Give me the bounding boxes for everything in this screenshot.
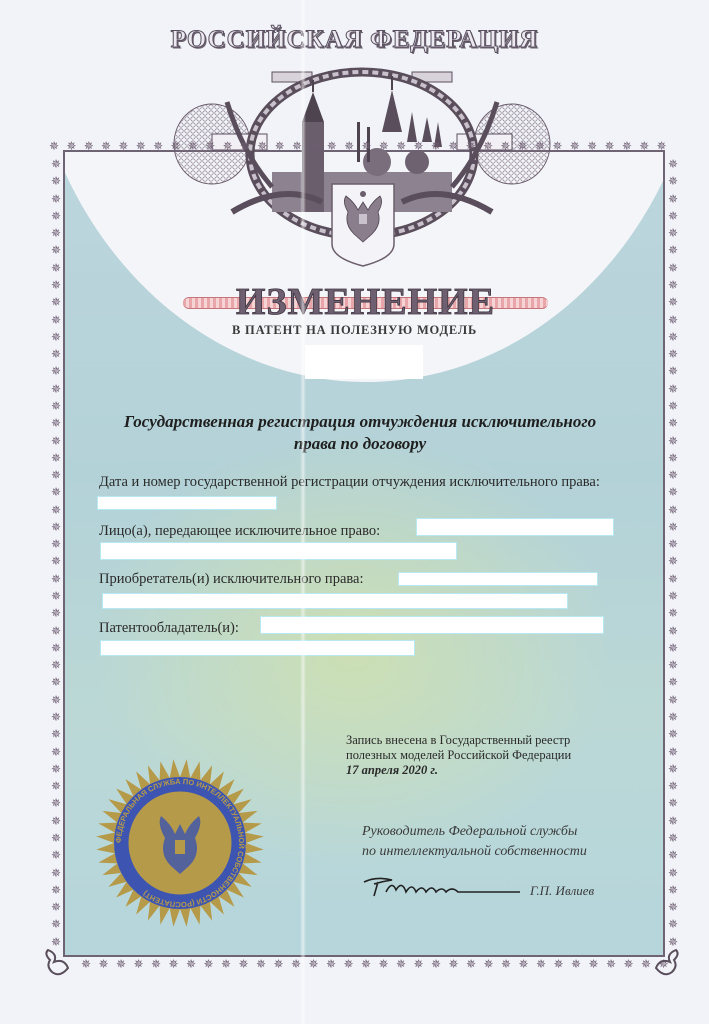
star-ornament-icon: ✵ — [667, 365, 679, 377]
star-ornament-icon: ✵ — [50, 296, 62, 308]
star-ornament-icon: ✵ — [50, 711, 62, 723]
registry-note: Запись внесена в Государственный реестр … — [346, 733, 571, 778]
border-stars-right: ✵✵✵✵✵✵✵✵✵✵✵✵✵✵✵✵✵✵✵✵✵✵✵✵✵✵✵✵✵✵✵✵✵✵✵✵✵✵✵✵… — [667, 158, 681, 948]
star-ornament-icon: ✵ — [168, 958, 180, 970]
star-ornament-icon: ✵ — [50, 521, 62, 533]
star-ornament-icon: ✵ — [170, 140, 182, 152]
star-ornament-icon: ✵ — [360, 140, 372, 152]
star-ornament-icon: ✵ — [465, 140, 477, 152]
field-value-transferor — [416, 518, 614, 536]
star-ornament-icon: ✵ — [50, 279, 62, 291]
star-ornament-icon: ✵ — [667, 158, 679, 170]
star-ornament-icon: ✵ — [50, 158, 62, 170]
title-block: ИЗМЕНЕНИЕ — [183, 283, 548, 319]
star-ornament-icon: ✵ — [667, 417, 679, 429]
star-ornament-icon: ✵ — [187, 140, 199, 152]
star-ornament-icon: ✵ — [50, 348, 62, 360]
kremlin-wreath-emblem-icon — [172, 62, 552, 268]
star-ornament-icon: ✵ — [667, 521, 679, 533]
corner-ornament-icon — [44, 948, 72, 978]
star-ornament-icon: ✵ — [273, 958, 285, 970]
star-ornament-icon: ✵ — [499, 140, 511, 152]
star-ornament-icon: ✵ — [100, 140, 112, 152]
star-ornament-icon: ✵ — [535, 958, 547, 970]
star-ornament-icon: ✵ — [667, 175, 679, 187]
star-ornament-icon: ✵ — [135, 140, 147, 152]
star-ornament-icon: ✵ — [50, 573, 62, 585]
star-ornament-icon: ✵ — [667, 728, 679, 740]
star-ornament-icon: ✵ — [667, 193, 679, 205]
star-ornament-icon: ✵ — [413, 140, 425, 152]
document-subtitle: В ПАТЕНТ НА ПОЛЕЗНУЮ МОДЕЛЬ — [0, 323, 709, 338]
star-ornament-icon: ✵ — [308, 958, 320, 970]
star-ornament-icon: ✵ — [308, 140, 320, 152]
signatory-title: Руководитель Федеральной службы по интел… — [362, 822, 587, 862]
star-ornament-icon: ✵ — [413, 958, 425, 970]
star-ornament-icon: ✵ — [50, 244, 62, 256]
star-ornament-icon: ✵ — [50, 936, 62, 948]
star-ornament-icon: ✵ — [50, 435, 62, 447]
star-ornament-icon: ✵ — [517, 140, 529, 152]
star-ornament-icon: ✵ — [238, 958, 250, 970]
star-ornament-icon: ✵ — [667, 694, 679, 706]
star-ornament-icon: ✵ — [98, 958, 110, 970]
star-ornament-icon: ✵ — [667, 262, 679, 274]
star-ornament-icon: ✵ — [395, 140, 407, 152]
star-ornament-icon: ✵ — [50, 193, 62, 205]
star-ornament-icon: ✵ — [447, 140, 459, 152]
signer-name: Г.П. Ивлиев — [530, 883, 594, 899]
gold-seal-icon: ФЕДЕРАЛЬНАЯ СЛУЖБА ПО ИНТЕЛЛЕКТУАЛЬНОЙ С… — [95, 758, 265, 928]
star-ornament-icon: ✵ — [667, 296, 679, 308]
star-ornament-icon: ✵ — [667, 469, 679, 481]
star-ornament-icon: ✵ — [667, 832, 679, 844]
star-ornament-icon: ✵ — [482, 140, 494, 152]
field-value-patent-holder-line2 — [100, 640, 415, 656]
star-ornament-icon: ✵ — [667, 918, 679, 930]
star-ornament-icon: ✵ — [667, 279, 679, 291]
star-ornament-icon: ✵ — [50, 607, 62, 619]
country-title: РОССИЙСКАЯ ФЕДЕРАЦИЯ — [0, 26, 709, 54]
star-ornament-icon: ✵ — [667, 676, 679, 688]
star-ornament-icon: ✵ — [50, 383, 62, 395]
star-ornament-icon: ✵ — [640, 958, 652, 970]
star-ornament-icon: ✵ — [518, 958, 530, 970]
signatory-line1: Руководитель Федеральной службы — [362, 824, 577, 839]
star-ornament-icon: ✵ — [50, 728, 62, 740]
star-ornament-icon: ✵ — [50, 642, 62, 654]
star-ornament-icon: ✵ — [553, 958, 565, 970]
star-ornament-icon: ✵ — [623, 958, 635, 970]
star-ornament-icon: ✵ — [50, 555, 62, 567]
star-ornament-icon: ✵ — [50, 400, 62, 412]
star-ornament-icon: ✵ — [50, 365, 62, 377]
star-ornament-icon: ✵ — [667, 435, 679, 447]
star-ornament-icon: ✵ — [50, 815, 62, 827]
star-ornament-icon: ✵ — [50, 538, 62, 550]
star-ornament-icon: ✵ — [667, 244, 679, 256]
star-ornament-icon: ✵ — [117, 140, 129, 152]
registry-note-line2: полезных моделей Российской Федерации — [346, 748, 571, 762]
star-ornament-icon: ✵ — [667, 711, 679, 723]
star-ornament-icon: ✵ — [667, 504, 679, 516]
star-ornament-icon: ✵ — [667, 659, 679, 671]
corner-ornament-icon — [652, 948, 680, 978]
star-ornament-icon: ✵ — [534, 140, 546, 152]
star-ornament-icon: ✵ — [667, 383, 679, 395]
star-ornament-icon: ✵ — [50, 694, 62, 706]
star-ornament-icon: ✵ — [604, 140, 616, 152]
star-ornament-icon: ✵ — [667, 884, 679, 896]
star-ornament-icon: ✵ — [378, 140, 390, 152]
star-ornament-icon: ✵ — [667, 901, 679, 913]
star-ornament-icon: ✵ — [239, 140, 251, 152]
star-ornament-icon: ✵ — [667, 746, 679, 758]
star-ornament-icon: ✵ — [667, 607, 679, 619]
star-ornament-icon: ✵ — [65, 140, 77, 152]
star-ornament-icon: ✵ — [50, 849, 62, 861]
star-ornament-icon: ✵ — [465, 958, 477, 970]
star-ornament-icon: ✵ — [667, 936, 679, 948]
star-ornament-icon: ✵ — [343, 140, 355, 152]
star-ornament-icon: ✵ — [150, 958, 162, 970]
handwritten-signature-icon — [362, 874, 522, 900]
star-ornament-icon: ✵ — [50, 262, 62, 274]
star-ornament-icon: ✵ — [204, 140, 216, 152]
star-ornament-icon: ✵ — [133, 958, 145, 970]
certificate-page: РОССИЙСКАЯ ФЕДЕРАЦИЯ — [0, 0, 709, 1024]
star-ornament-icon: ✵ — [667, 348, 679, 360]
star-ornament-icon: ✵ — [50, 486, 62, 498]
star-ornament-icon: ✵ — [667, 642, 679, 654]
star-ornament-icon: ✵ — [50, 797, 62, 809]
border-stars-top: ✵✵✵✵✵✵✵✵✵✵✵✵✵✵✵✵✵✵✵✵✵✵✵✵✵✵✵✵✵✵✵✵✵✵✵✵ — [48, 140, 668, 154]
star-ornament-icon: ✵ — [256, 140, 268, 152]
field-value-acquirer-line2 — [102, 593, 568, 609]
registry-date: 17 апреля 2020 г. — [346, 763, 571, 778]
star-ornament-icon: ✵ — [50, 452, 62, 464]
patent-number-redacted — [305, 345, 423, 379]
field-label-acquirer: Приобретатель(и) исключительного права: — [99, 571, 364, 588]
star-ornament-icon: ✵ — [667, 625, 679, 637]
star-ornament-icon: ✵ — [430, 958, 442, 970]
document-title: ИЗМЕНЕНИЕ — [183, 283, 548, 321]
star-ornament-icon: ✵ — [255, 958, 267, 970]
star-ornament-icon: ✵ — [50, 884, 62, 896]
star-ornament-icon: ✵ — [551, 140, 563, 152]
star-ornament-icon: ✵ — [343, 958, 355, 970]
star-ornament-icon: ✵ — [360, 958, 372, 970]
star-ornament-icon: ✵ — [50, 175, 62, 187]
border-stars-bottom: ✵✵✵✵✵✵✵✵✵✵✵✵✵✵✵✵✵✵✵✵✵✵✵✵✵✵✵✵✵✵✵✵✵✵ — [80, 958, 670, 972]
field-label-patent-holder: Патентообладатель(и): — [99, 620, 239, 637]
star-ornament-icon: ✵ — [203, 958, 215, 970]
star-ornament-icon: ✵ — [667, 797, 679, 809]
star-ornament-icon: ✵ — [290, 958, 302, 970]
star-ornament-icon: ✵ — [667, 573, 679, 585]
star-ornament-icon: ✵ — [50, 832, 62, 844]
star-ornament-icon: ✵ — [50, 746, 62, 758]
star-ornament-icon: ✵ — [325, 958, 337, 970]
star-ornament-icon: ✵ — [80, 958, 92, 970]
star-ornament-icon: ✵ — [50, 227, 62, 239]
star-ornament-icon: ✵ — [50, 469, 62, 481]
star-ornament-icon: ✵ — [667, 210, 679, 222]
star-ornament-icon: ✵ — [483, 958, 495, 970]
star-ornament-icon: ✵ — [667, 815, 679, 827]
star-ornament-icon: ✵ — [605, 958, 617, 970]
star-ornament-icon: ✵ — [220, 958, 232, 970]
star-ornament-icon: ✵ — [50, 676, 62, 688]
star-ornament-icon: ✵ — [50, 590, 62, 602]
star-ornament-icon: ✵ — [378, 958, 390, 970]
star-ornament-icon: ✵ — [222, 140, 234, 152]
star-ornament-icon: ✵ — [656, 140, 668, 152]
star-ornament-icon: ✵ — [50, 901, 62, 913]
star-ornament-icon: ✵ — [667, 227, 679, 239]
star-ornament-icon: ✵ — [667, 538, 679, 550]
star-ornament-icon: ✵ — [586, 140, 598, 152]
star-ornament-icon: ✵ — [83, 140, 95, 152]
star-ornament-icon: ✵ — [326, 140, 338, 152]
star-ornament-icon: ✵ — [50, 504, 62, 516]
field-label-registration-date-number: Дата и номер государственной регистрации… — [99, 474, 600, 491]
star-ornament-icon: ✵ — [152, 140, 164, 152]
section-heading-line2: права по договору — [294, 434, 426, 453]
section-heading: Государственная регистрация отчуждения и… — [80, 411, 640, 455]
star-ornament-icon: ✵ — [667, 763, 679, 775]
star-ornament-icon: ✵ — [50, 417, 62, 429]
star-ornament-icon: ✵ — [667, 849, 679, 861]
star-ornament-icon: ✵ — [667, 867, 679, 879]
border-stars-left: ✵✵✵✵✵✵✵✵✵✵✵✵✵✵✵✵✵✵✵✵✵✵✵✵✵✵✵✵✵✵✵✵✵✵✵✵✵✵✵✵… — [50, 158, 64, 948]
field-value-patent-holder — [260, 616, 604, 634]
section-heading-line1: Государственная регистрация отчуждения и… — [124, 412, 596, 431]
field-value-registration-date-number — [97, 496, 277, 510]
star-ornament-icon: ✵ — [588, 958, 600, 970]
star-ornament-icon: ✵ — [570, 958, 582, 970]
star-ornament-icon: ✵ — [50, 210, 62, 222]
star-ornament-icon: ✵ — [395, 958, 407, 970]
star-ornament-icon: ✵ — [48, 140, 60, 152]
star-ornament-icon: ✵ — [430, 140, 442, 152]
star-ornament-icon: ✵ — [667, 486, 679, 498]
star-ornament-icon: ✵ — [185, 958, 197, 970]
star-ornament-icon: ✵ — [115, 958, 127, 970]
star-ornament-icon: ✵ — [621, 140, 633, 152]
star-ornament-icon: ✵ — [50, 780, 62, 792]
star-ornament-icon: ✵ — [291, 140, 303, 152]
field-label-transferor: Лицо(а), передающее исключительное право… — [99, 523, 380, 540]
star-ornament-icon: ✵ — [667, 555, 679, 567]
star-ornament-icon: ✵ — [448, 958, 460, 970]
star-ornament-icon: ✵ — [50, 659, 62, 671]
star-ornament-icon: ✵ — [274, 140, 286, 152]
star-ornament-icon: ✵ — [500, 958, 512, 970]
star-ornament-icon: ✵ — [569, 140, 581, 152]
signatory-line2: по интеллектуальной собственности — [362, 844, 587, 859]
field-value-acquirer — [398, 572, 598, 586]
registry-note-line1: Запись внесена в Государственный реестр — [346, 733, 570, 747]
star-ornament-icon: ✵ — [50, 867, 62, 879]
star-ornament-icon: ✵ — [667, 400, 679, 412]
field-value-transferor-line2 — [100, 542, 457, 560]
star-ornament-icon: ✵ — [638, 140, 650, 152]
star-ornament-icon: ✵ — [667, 590, 679, 602]
star-ornament-icon: ✵ — [50, 763, 62, 775]
star-ornament-icon: ✵ — [50, 918, 62, 930]
star-ornament-icon: ✵ — [667, 452, 679, 464]
star-ornament-icon: ✵ — [667, 780, 679, 792]
star-ornament-icon: ✵ — [50, 625, 62, 637]
